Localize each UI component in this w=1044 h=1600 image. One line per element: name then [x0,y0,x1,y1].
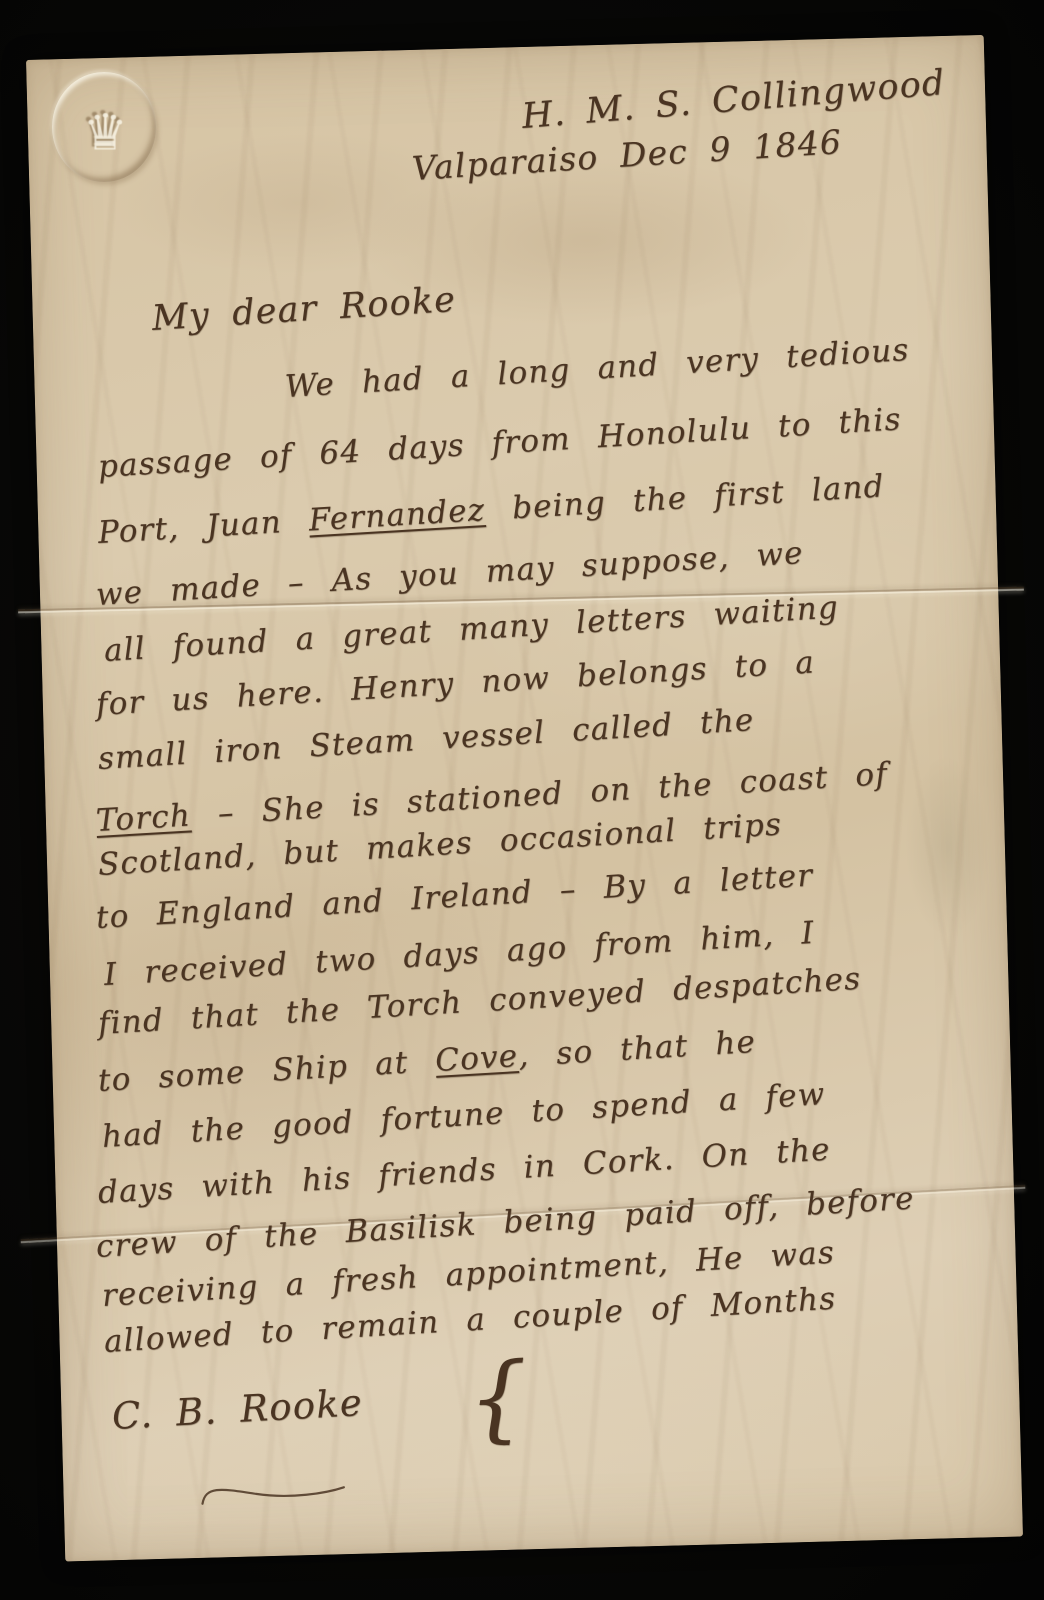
crown-icon: ♛ [82,106,127,156]
underlined-word: Cove [434,1038,519,1079]
embossed-seal-icon: ♛ [52,72,156,182]
photo-background: ♛ H. M. S. Collingwood Valparaiso Dec 9 … [0,0,1044,1600]
signature-brace: { [466,1351,529,1447]
underlined-word: Torch [95,797,192,839]
